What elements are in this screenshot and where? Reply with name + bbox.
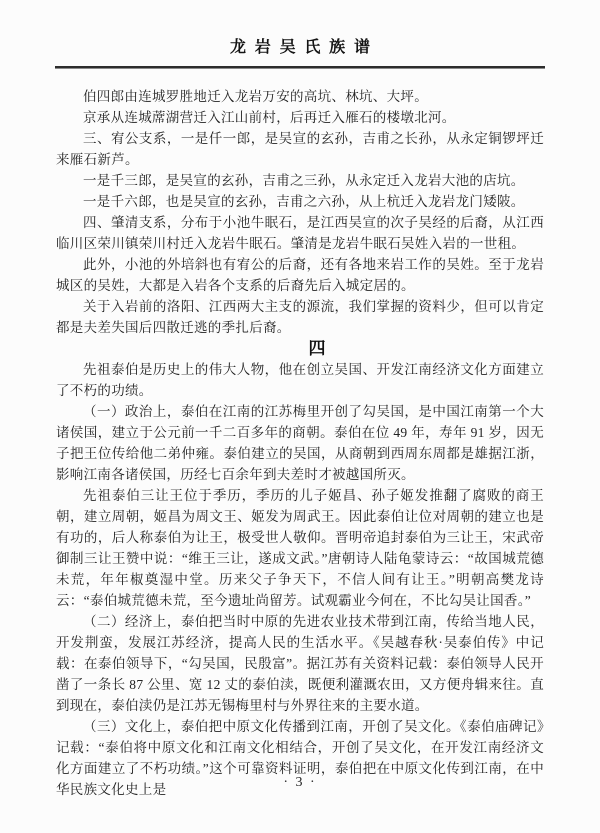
paragraph: （一）政治上，泰伯在江南的江苏梅里开创了勾吴国，是中国江南第一个大诸侯国，建立于… [56,401,544,485]
page-body: 伯四郎由连城罗胜地迁入龙岩万安的高坑、林坑、大坪。 京承从连城蓆湖营迁入江山前村… [56,86,544,800]
section-heading: 四 [56,338,544,359]
paragraph: 一是千三郎，是吴宣的玄孙，吉甫之三孙，从永定迁入龙岩大池的店坑。 [56,170,544,191]
book-title: 龙岩吴氏族谱 [0,34,600,57]
paragraph: 京承从连城蓆湖营迁入江山前村，后再迁入雁石的楼墩北河。 [56,107,544,128]
header-rule [55,66,545,69]
paragraph: （二）经济上，泰伯把当时中原的先进农业技术带到江南，传给当地人民，开发荆蛮，发展… [56,611,544,716]
paragraph: 此外，小池的外培斜也有宥公的后裔，还有各地来岩工作的吴姓。至于龙岩城区的吴姓，大… [56,254,544,296]
paragraph: 关于入岩前的洛阳、江西两大主支的源流，我们掌握的资料少，但可以肯定都是夫差失国后… [56,296,544,338]
paragraph: 三、宥公支系，一是仟一郎，是吴宣的玄孙，吉甫之长孙，从永定铜锣坪迁来雁石新芦。 [56,128,544,170]
paragraph: 伯四郎由连城罗胜地迁入龙岩万安的高坑、林坑、大坪。 [56,86,544,107]
page-number: · 3 · [0,775,600,791]
paragraph: 先祖泰伯三让王位于季历，季历的儿子姬昌、孙子姬发推翻了腐败的商王朝，建立周朝，姬… [56,485,544,611]
paragraph: 四、肇清支系，分布于小池牛眠石，是江西吴宣的次子吴经的后裔，从江西临川区荣川镇荣… [56,212,544,254]
paragraph: 一是千六郎，也是吴宣的玄孙，吉甫之六孙，从上杭迁入龙岩龙门矮陂。 [56,191,544,212]
paragraph: 先祖泰伯是历史上的伟大人物，他在创立吴国、开发江南经济文化方面建立了不朽的功绩。 [56,359,544,401]
document-page: 龙岩吴氏族谱 伯四郎由连城罗胜地迁入龙岩万安的高坑、林坑、大坪。 京承从连城蓆湖… [0,0,600,833]
page-header: 龙岩吴氏族谱 [0,0,600,69]
